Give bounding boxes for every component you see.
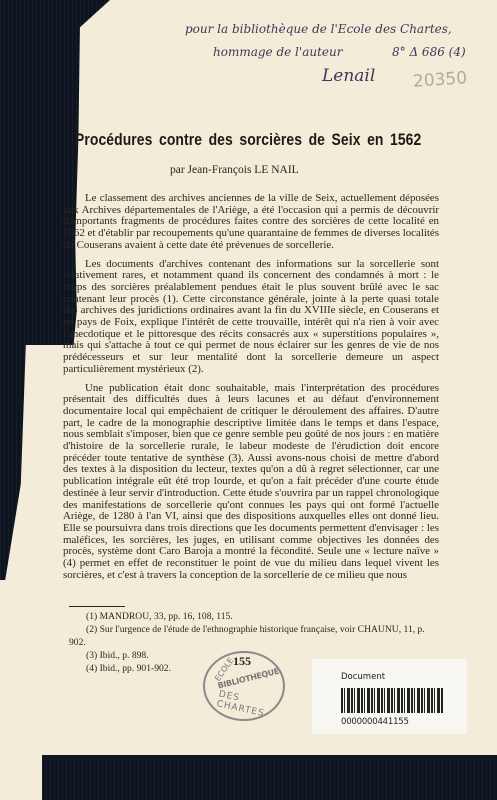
pencil-number: 20350: [412, 68, 467, 92]
barcode-type: Document: [341, 672, 385, 682]
shelfmark: 8° Δ 686 (4): [392, 45, 466, 59]
article-byline: par Jean-François LE NAIL: [170, 164, 299, 176]
scanner-background-bottom: [42, 755, 497, 800]
scanner-background-left-strip: [0, 340, 26, 580]
library-stamp: ECOLE 155 BIBLIOTHEQUE DES CHARTES: [203, 651, 285, 721]
footnote: (1) MANDROU, 33, pp. 16, 108, 115.: [69, 610, 439, 623]
paragraph: Une publication était donc souhaitable, …: [63, 383, 439, 582]
stamp-bottom-text: DES CHARTES: [216, 689, 285, 722]
footnote: (2) Sur l'urgence de l'étude de l'ethnog…: [69, 623, 439, 649]
handwritten-dedication-line2: hommage de l'auteur: [213, 45, 342, 59]
author-signature: Lenail: [322, 66, 375, 86]
page-number: 155: [233, 654, 251, 669]
paragraph: Les documents d'archives contenant des i…: [63, 259, 439, 376]
article-body: Le classement des archives anciennes de …: [63, 193, 439, 589]
handwritten-dedication-line1: pour la bibliothèque de l'Ecole des Char…: [185, 22, 452, 36]
footnote-divider: [69, 606, 125, 607]
paragraph: Le classement des archives anciennes de …: [63, 193, 439, 252]
barcode-number: 0000000441155: [341, 717, 409, 727]
scanned-page: pour la bibliothèque de l'Ecole des Char…: [0, 0, 497, 800]
barcode-label: Document 0000000441155: [312, 659, 467, 734]
barcode-icon: [341, 688, 443, 713]
article-title: Procédures contre des sorcières de Seix …: [75, 131, 421, 150]
